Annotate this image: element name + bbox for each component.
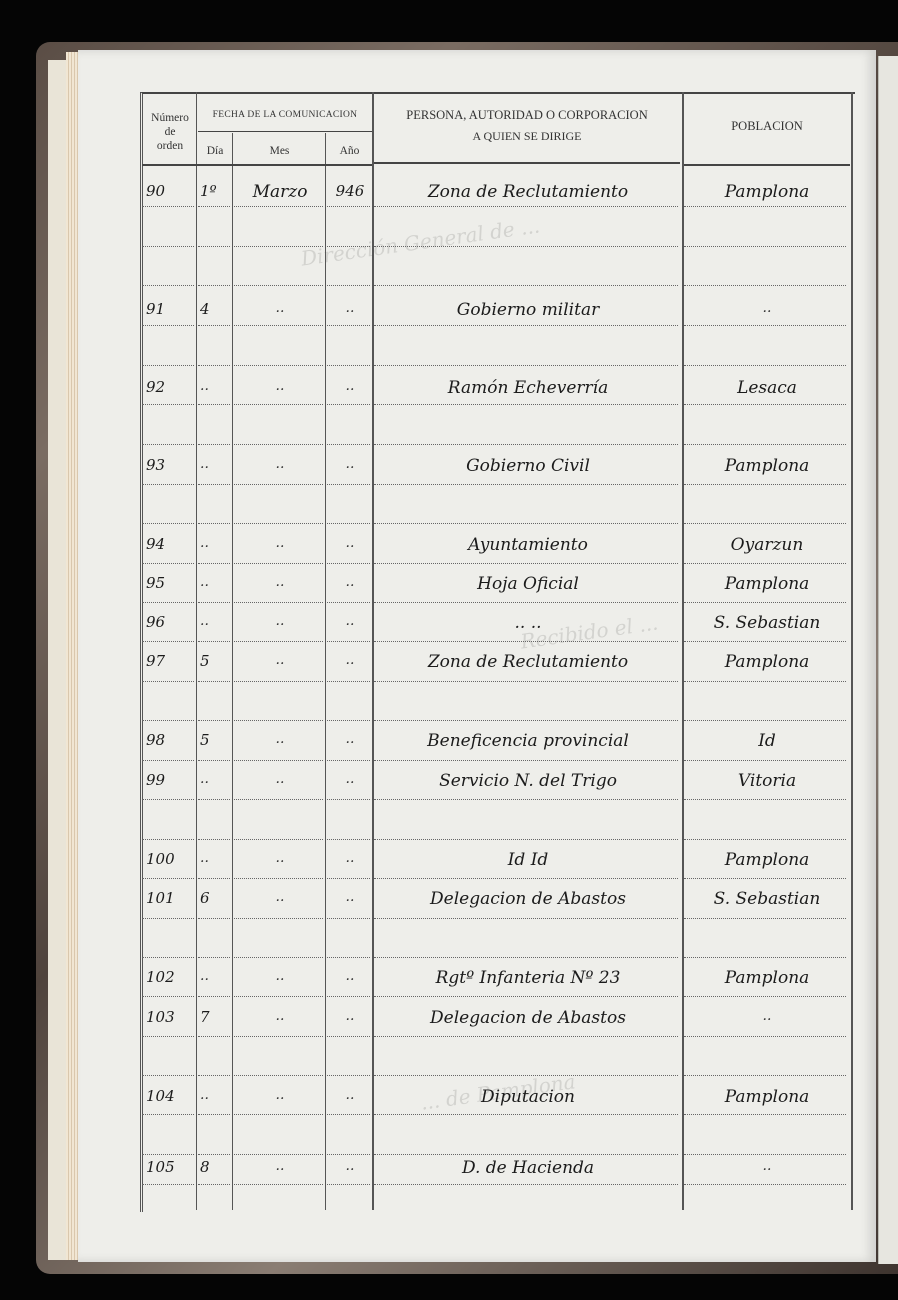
entry-mes: .. <box>236 1008 324 1024</box>
header-numero-line: de <box>144 125 196 139</box>
entry-dia: .. <box>200 574 230 590</box>
entry-poblacion: Id <box>688 731 846 751</box>
entry-persona: Beneficencia provincial <box>380 731 676 751</box>
ruled-line <box>684 681 846 682</box>
ruled-line <box>684 1114 846 1115</box>
entry-poblacion: .. <box>688 1158 846 1174</box>
entry-persona: Rgtº Infanteria Nº 23 <box>380 968 676 988</box>
ruled-line <box>234 760 323 761</box>
ruled-line <box>198 720 230 721</box>
ruled-line <box>374 246 678 247</box>
column-rule <box>232 133 233 1210</box>
ruled-line <box>142 1154 194 1155</box>
ruled-line <box>374 365 678 366</box>
ruled-line <box>234 206 323 207</box>
entry-poblacion: S. Sebastian <box>688 889 846 909</box>
ruled-line <box>234 484 323 485</box>
entry-numero: 97 <box>146 652 194 670</box>
entry-poblacion: Lesaca <box>688 378 846 398</box>
entry-mes: Marzo <box>236 182 324 202</box>
ruled-line <box>234 681 323 682</box>
ruled-line <box>684 878 846 879</box>
entry-numero: 91 <box>146 300 194 318</box>
column-rule <box>682 92 684 1210</box>
entry-dia: 5 <box>200 652 230 670</box>
entry-poblacion: Pamplona <box>688 850 846 870</box>
entry-ano: .. <box>329 613 371 629</box>
ruled-line <box>374 325 678 326</box>
ruled-line <box>374 839 678 840</box>
ruled-line <box>142 641 194 642</box>
ruled-line <box>374 285 678 286</box>
entry-dia: .. <box>200 613 230 629</box>
ruled-line <box>374 996 678 997</box>
ruled-line <box>684 918 846 919</box>
ruled-line <box>142 563 194 564</box>
entry-mes: .. <box>236 731 324 747</box>
ruled-line <box>374 681 678 682</box>
entry-numero: 102 <box>146 968 194 986</box>
ruled-line <box>198 285 230 286</box>
entry-ano: .. <box>329 1158 371 1174</box>
ruled-line <box>234 563 323 564</box>
ruled-line <box>198 839 230 840</box>
ruled-line <box>142 325 194 326</box>
ruled-line <box>234 720 323 721</box>
ruled-line <box>684 799 846 800</box>
entry-numero: 98 <box>146 731 194 749</box>
ruled-line <box>684 285 846 286</box>
ruled-line <box>374 957 678 958</box>
ruled-line <box>684 246 846 247</box>
ruled-line <box>327 523 370 524</box>
ruled-line <box>684 641 846 642</box>
ruled-line <box>142 1114 194 1115</box>
ruled-line <box>327 760 370 761</box>
entry-mes: .. <box>236 456 324 472</box>
ruled-line <box>374 760 678 761</box>
entry-numero: 101 <box>146 889 194 907</box>
ruled-line <box>684 957 846 958</box>
entry-dia: .. <box>200 850 230 866</box>
entry-persona: Ramón Echeverría <box>380 378 676 398</box>
entry-numero: 92 <box>146 378 194 396</box>
entry-mes: .. <box>236 968 324 984</box>
header-dia: Día <box>198 144 232 158</box>
entry-ano: .. <box>329 535 371 551</box>
ruled-line <box>684 325 846 326</box>
header-persona-line2: A QUIEN SE DIRIGE <box>374 129 680 143</box>
ruled-line <box>374 563 678 564</box>
ruled-line <box>327 1184 370 1185</box>
ruled-line <box>198 1075 230 1076</box>
ruled-line <box>142 681 194 682</box>
column-rule <box>372 92 374 1210</box>
ruled-line <box>327 325 370 326</box>
ruled-line <box>327 641 370 642</box>
ruled-line <box>374 720 678 721</box>
entry-poblacion: S. Sebastian <box>688 613 846 633</box>
entry-ano: .. <box>329 652 371 668</box>
entry-ano: .. <box>329 378 371 394</box>
entry-ano: .. <box>329 1008 371 1024</box>
column-rule <box>196 92 197 1210</box>
ruled-line <box>374 799 678 800</box>
entry-dia: .. <box>200 771 230 787</box>
ruled-line <box>684 404 846 405</box>
entry-persona: Id Id <box>380 850 676 870</box>
header-bottom-rule <box>142 164 372 166</box>
entry-numero: 96 <box>146 613 194 631</box>
entry-ano: .. <box>329 574 371 590</box>
ruled-line <box>374 1154 678 1155</box>
ruled-line <box>142 444 194 445</box>
ruled-line <box>327 918 370 919</box>
entry-persona: .. .. <box>380 613 676 633</box>
ruled-line <box>327 285 370 286</box>
ruled-line <box>327 878 370 879</box>
entry-persona: Zona de Reclutamiento <box>380 652 676 672</box>
ruled-line <box>327 246 370 247</box>
ruled-line <box>198 681 230 682</box>
ruled-line <box>684 1075 846 1076</box>
ruled-line <box>374 484 678 485</box>
ruled-line <box>684 484 846 485</box>
ruled-line <box>234 444 323 445</box>
ruled-line <box>142 484 194 485</box>
ruled-line <box>142 878 194 879</box>
entry-poblacion: .. <box>688 300 846 316</box>
ruled-line <box>234 1184 323 1185</box>
entry-mes: .. <box>236 378 324 394</box>
entry-dia: 1º <box>200 182 230 200</box>
ruled-line <box>198 878 230 879</box>
ruled-line <box>327 839 370 840</box>
entry-mes: .. <box>236 771 324 787</box>
ruled-line <box>198 523 230 524</box>
ruled-line <box>198 365 230 366</box>
ruled-line <box>234 957 323 958</box>
entry-ano: .. <box>329 889 371 905</box>
entry-ano: .. <box>329 850 371 866</box>
ruled-line <box>374 1114 678 1115</box>
entry-poblacion: Pamplona <box>688 968 846 988</box>
entry-ano: .. <box>329 968 371 984</box>
entry-dia: .. <box>200 535 230 551</box>
entry-ano: .. <box>329 771 371 787</box>
ruled-line <box>198 1154 230 1155</box>
ruled-line <box>234 918 323 919</box>
ruled-line <box>684 839 846 840</box>
ruled-line <box>327 404 370 405</box>
column-rule <box>851 92 853 1210</box>
ruled-line <box>684 602 846 603</box>
entry-ano: .. <box>329 300 371 316</box>
entry-persona: Diputacion <box>380 1087 676 1107</box>
ruled-line <box>234 365 323 366</box>
ruled-line <box>142 602 194 603</box>
ruled-line <box>142 1036 194 1037</box>
entry-mes: .. <box>236 300 324 316</box>
entry-numero: 93 <box>146 456 194 474</box>
header-mes: Mes <box>234 144 325 158</box>
ruled-line <box>198 1114 230 1115</box>
ruled-line <box>142 285 194 286</box>
entry-numero: 100 <box>146 850 194 868</box>
ruled-line <box>327 799 370 800</box>
header-numero-line: orden <box>144 139 196 153</box>
ruled-line <box>374 1075 678 1076</box>
ruled-line <box>142 404 194 405</box>
header-bottom-rule <box>374 162 680 164</box>
entry-persona: Delegacion de Abastos <box>380 1008 676 1028</box>
entry-poblacion: Pamplona <box>688 652 846 672</box>
ruled-line <box>142 918 194 919</box>
entry-persona: Zona de Reclutamiento <box>380 182 676 202</box>
ruled-line <box>142 760 194 761</box>
entry-poblacion: Pamplona <box>688 182 846 202</box>
header-bottom-rule <box>684 164 850 166</box>
ruled-line <box>234 602 323 603</box>
ruled-line <box>198 1184 230 1185</box>
ruled-line <box>374 444 678 445</box>
ruled-line <box>327 444 370 445</box>
entry-poblacion: Pamplona <box>688 1087 846 1107</box>
entry-persona: Hoja Oficial <box>380 574 676 594</box>
entry-dia: .. <box>200 378 230 394</box>
ruled-line <box>198 918 230 919</box>
entry-ano: 946 <box>329 182 371 200</box>
ruled-line <box>327 1154 370 1155</box>
entry-ano: .. <box>329 731 371 747</box>
ruled-line <box>327 720 370 721</box>
ruled-line <box>234 996 323 997</box>
header-persona-line1: PERSONA, AUTORIDAD O CORPORACION <box>374 108 680 122</box>
ruled-line <box>198 484 230 485</box>
ruled-line <box>198 246 230 247</box>
header-fecha-group: FECHA DE LA COMUNICACION <box>198 108 372 122</box>
entry-dia: 7 <box>200 1008 230 1026</box>
ruled-line <box>142 957 194 958</box>
entry-dia: 5 <box>200 731 230 749</box>
entry-mes: .. <box>236 1087 324 1103</box>
ruled-line <box>327 563 370 564</box>
entry-persona: Gobierno Civil <box>380 456 676 476</box>
entry-ano: .. <box>329 1087 371 1103</box>
ruled-line <box>684 720 846 721</box>
entry-poblacion: .. <box>688 1008 846 1024</box>
ruled-line <box>684 1184 846 1185</box>
ruled-line <box>327 1036 370 1037</box>
entry-poblacion: Vitoria <box>688 771 846 791</box>
ruled-line <box>142 365 194 366</box>
ruled-line <box>234 246 323 247</box>
ruled-line <box>684 563 846 564</box>
entry-mes: .. <box>236 613 324 629</box>
ruled-line <box>374 602 678 603</box>
ruled-line <box>142 246 194 247</box>
ruled-line <box>374 404 678 405</box>
ruled-line <box>142 839 194 840</box>
ruled-line <box>684 206 846 207</box>
entry-numero: 103 <box>146 1008 194 1026</box>
entry-ano: .. <box>329 456 371 472</box>
entry-poblacion: Pamplona <box>688 456 846 476</box>
ruled-line <box>198 996 230 997</box>
ruled-line <box>684 1036 846 1037</box>
entry-poblacion: Pamplona <box>688 574 846 594</box>
ruled-line <box>234 1075 323 1076</box>
ruled-line <box>684 1154 846 1155</box>
ruled-line <box>374 878 678 879</box>
entry-dia: .. <box>200 968 230 984</box>
ruled-line <box>142 206 194 207</box>
entry-numero: 94 <box>146 535 194 553</box>
ruled-line <box>234 878 323 879</box>
entry-poblacion: Oyarzun <box>688 535 846 555</box>
ruled-line <box>142 523 194 524</box>
ruled-line <box>327 996 370 997</box>
ruled-line <box>234 641 323 642</box>
entry-mes: .. <box>236 889 324 905</box>
ruled-line <box>198 760 230 761</box>
entry-mes: .. <box>236 574 324 590</box>
ruled-line <box>327 602 370 603</box>
ruled-line <box>142 799 194 800</box>
facing-page-edge <box>878 56 898 1264</box>
ruled-line <box>374 1036 678 1037</box>
ruled-line <box>684 444 846 445</box>
entry-dia: 4 <box>200 300 230 318</box>
ruled-line <box>234 404 323 405</box>
ruled-line <box>198 404 230 405</box>
ruled-line <box>374 523 678 524</box>
entry-numero: 90 <box>146 182 194 200</box>
ruled-line <box>684 996 846 997</box>
ruled-line <box>234 1114 323 1115</box>
ruled-line <box>198 602 230 603</box>
entry-dia: .. <box>200 456 230 472</box>
ruled-line <box>374 641 678 642</box>
header-numero-line: Número <box>144 111 196 125</box>
entry-persona: Ayuntamiento <box>380 535 676 555</box>
ruled-line <box>327 206 370 207</box>
ruled-line <box>374 1184 678 1185</box>
ruled-line <box>327 484 370 485</box>
entry-persona: Gobierno militar <box>380 300 676 320</box>
entry-persona: D. de Hacienda <box>380 1158 676 1178</box>
ruled-line <box>198 799 230 800</box>
ruled-line <box>198 957 230 958</box>
ruled-line <box>142 1075 194 1076</box>
entry-dia: 8 <box>200 1158 230 1176</box>
entry-numero: 99 <box>146 771 194 789</box>
ruled-line <box>198 325 230 326</box>
ruled-line <box>234 325 323 326</box>
ruled-line <box>142 720 194 721</box>
entry-persona: Servicio N. del Trigo <box>380 771 676 791</box>
column-rule <box>325 133 326 1210</box>
ruled-line <box>198 563 230 564</box>
header-numero: Número de orden <box>144 111 196 153</box>
ruled-line <box>234 839 323 840</box>
ruled-line <box>684 523 846 524</box>
ruled-line <box>234 1036 323 1037</box>
ruled-line <box>198 1036 230 1037</box>
ruled-line <box>327 681 370 682</box>
entry-numero: 104 <box>146 1087 194 1105</box>
ruled-line <box>374 918 678 919</box>
entry-numero: 105 <box>146 1158 194 1176</box>
entry-dia: .. <box>200 1087 230 1103</box>
entry-numero: 95 <box>146 574 194 592</box>
entry-mes: .. <box>236 850 324 866</box>
ruled-line <box>327 1075 370 1076</box>
entry-mes: .. <box>236 652 324 668</box>
ruled-line <box>198 206 230 207</box>
ruled-line <box>142 996 194 997</box>
header-poblacion: POBLACION <box>684 119 850 133</box>
entry-mes: .. <box>236 1158 324 1174</box>
ruled-line <box>327 365 370 366</box>
ruled-line <box>198 641 230 642</box>
ruled-line <box>142 1184 194 1185</box>
entry-mes: .. <box>236 535 324 551</box>
ruled-line <box>374 206 678 207</box>
ruled-line <box>234 285 323 286</box>
ruled-line <box>684 760 846 761</box>
ruled-line <box>234 523 323 524</box>
entry-dia: 6 <box>200 889 230 907</box>
header-subrule <box>198 131 372 132</box>
ruled-line <box>234 799 323 800</box>
ruled-line <box>327 1114 370 1115</box>
entry-persona: Delegacion de Abastos <box>380 889 676 909</box>
ruled-line <box>327 957 370 958</box>
ruled-line <box>684 365 846 366</box>
ruled-line <box>234 1154 323 1155</box>
header-ano: Año <box>327 144 372 158</box>
ruled-line <box>198 444 230 445</box>
